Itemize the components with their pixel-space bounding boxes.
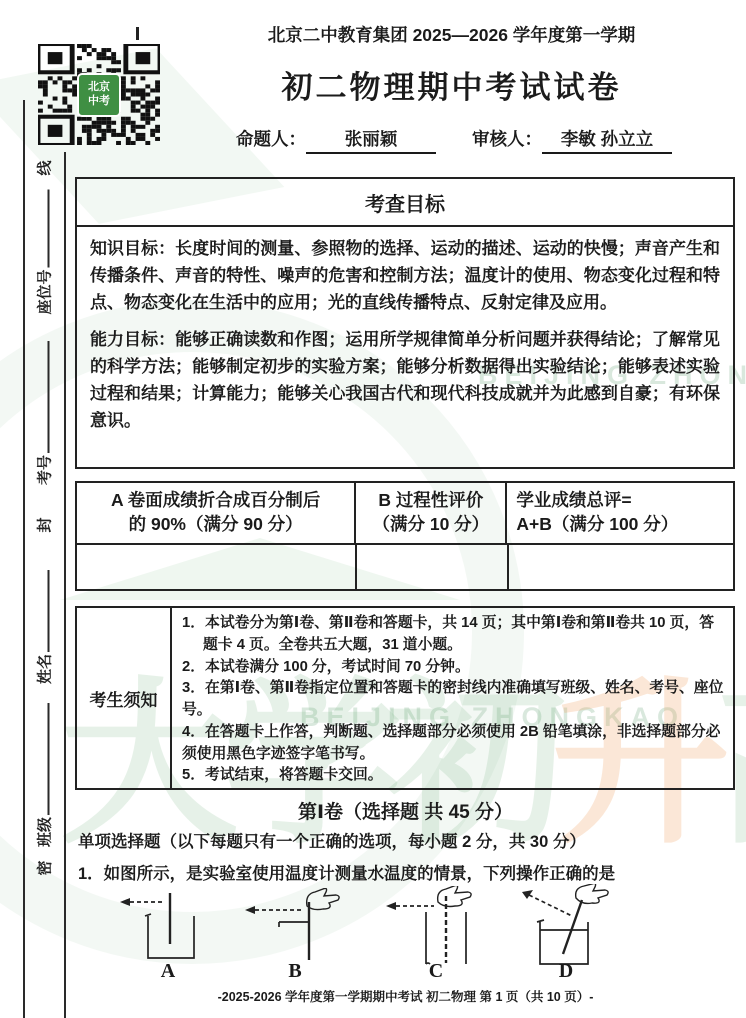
notice-item: 4．在答题卡上作答，判断题、选择题部分必须使用 2B 铅笔填涂，非选择题部分必须… bbox=[182, 722, 725, 766]
seal-label-feng: 封 bbox=[34, 517, 55, 532]
single-choice-instruction: 单项选择题（以下每题只有一个正确的选项，每小题 2 分，共 30 分） bbox=[78, 828, 586, 852]
score-col-total-header: 学业成绩总评=A+B（满分 100 分） bbox=[507, 483, 733, 543]
score-a-blank-cell bbox=[77, 545, 357, 589]
qr-center-badge: 北京 中考 bbox=[77, 73, 121, 117]
candidate-notice-label: 考生须知 bbox=[77, 608, 172, 788]
exam-paper-page: BEIJING ZHONGKAO BEIJING ZHONGKAO 大学初升高 … bbox=[0, 0, 746, 1018]
seal-field-class: 班级 bbox=[34, 703, 55, 847]
setter-reviewer-line: 命题人：张丽颖审核人：李敏 孙立立 bbox=[170, 126, 738, 154]
setter-label: 命题人： bbox=[236, 129, 306, 149]
seal-field-exam-number: 考号 bbox=[34, 341, 55, 485]
school-term-line: 北京二中教育集团 2025—2026 学年度第一学期 bbox=[165, 22, 738, 47]
qr-badge-line2: 中考 bbox=[88, 95, 110, 108]
candidate-notice-items: 1．本试卷分为第Ⅰ卷、第Ⅱ卷和答题卡，共 14 页；其中第Ⅰ卷和第Ⅱ卷共 10 … bbox=[172, 608, 733, 788]
seal-inner-line bbox=[64, 152, 66, 1018]
class-blank bbox=[44, 703, 50, 815]
question-1-text: 1．如图所示，是实验室使用温度计测量水温度的情景，下列操作正确的是 bbox=[78, 860, 615, 884]
score-total-blank-cell bbox=[509, 545, 733, 589]
qr-code: 北京 中考 bbox=[38, 44, 160, 145]
notice-item: 3．在第Ⅰ卷、第Ⅱ卷指定位置和答题卡的密封线内准确填写班级、姓名、考号、座位号。 bbox=[182, 678, 725, 722]
notice-item: 2．本试卷满分 100 分，考试时间 70 分钟。 bbox=[182, 657, 725, 679]
question-type-label: 单项选择题 bbox=[78, 833, 161, 851]
candidate-notice-box: 考生须知 1．本试卷分为第Ⅰ卷、第Ⅱ卷和答题卡，共 14 页；其中第Ⅰ卷和第Ⅱ卷… bbox=[75, 606, 735, 790]
exam-title: 初二物理期中考试试卷 bbox=[165, 62, 738, 107]
score-col-b-header: B 过程性评价（满分 10 分） bbox=[356, 483, 507, 543]
seat-number-blank bbox=[44, 189, 50, 267]
option-d-label: D bbox=[516, 960, 616, 983]
registration-mark bbox=[136, 27, 139, 40]
option-a-label: A bbox=[118, 960, 218, 983]
score-b-blank-cell bbox=[357, 545, 509, 589]
reviewer-names: 李敏 孙立立 bbox=[542, 126, 672, 154]
knowledge-goals-paragraph: 知识目标：长度时间的测量、参照物的选择、运动的描述、运动的快慢；声音产生和传播条… bbox=[90, 235, 720, 317]
option-c-label: C bbox=[386, 960, 486, 983]
seal-label-mi: 密 bbox=[34, 860, 55, 875]
score-col-a-header: A 卷面成绩折合成百分制后的 90%（满分 90 分） bbox=[77, 483, 356, 543]
qr-badge-line1: 北京 bbox=[88, 81, 110, 94]
ability-goals-paragraph: 能力目标：能够正确读数和作图；运用所学规律简单分析问题并获得结论；了解常见的科学… bbox=[90, 326, 720, 435]
section-1-heading: 第Ⅰ卷（选择题 共 45 分） bbox=[75, 797, 736, 824]
option-b-figure bbox=[243, 888, 351, 962]
score-table-blank-row bbox=[77, 545, 733, 589]
option-c-figure bbox=[384, 886, 490, 966]
option-b-label: B bbox=[245, 960, 345, 983]
option-a-figure bbox=[118, 892, 218, 960]
notice-item: 5．考试结束，将答题卡交回。 bbox=[182, 765, 725, 787]
exam-goals-box: 考查目标 知识目标：长度时间的测量、参照物的选择、运动的描述、运动的快慢；声音产… bbox=[75, 177, 735, 469]
score-summary-table: A 卷面成绩折合成百分制后的 90%（满分 90 分） B 过程性评价（满分 1… bbox=[75, 481, 735, 591]
reviewer-label: 审核人： bbox=[472, 129, 542, 149]
page-footer: -2025-2026 学年度第一学期期中考试 初二物理 第 1 页（共 10 页… bbox=[75, 987, 736, 1005]
name-blank bbox=[44, 570, 50, 652]
option-d-figure bbox=[514, 884, 624, 968]
score-table-header-row: A 卷面成绩折合成百分制后的 90%（满分 90 分） B 过程性评价（满分 1… bbox=[77, 483, 733, 545]
question-type-note: （以下每题只有一个正确的选项，每小题 2 分，共 30 分） bbox=[161, 833, 586, 851]
exam-goals-body: 知识目标：长度时间的测量、参照物的选择、运动的描述、运动的快慢；声音产生和传播条… bbox=[77, 227, 733, 434]
seal-border-line bbox=[23, 100, 25, 1018]
setter-name: 张丽颖 bbox=[306, 126, 436, 154]
seal-field-name: 姓名 bbox=[34, 570, 55, 684]
seal-label-line: 线 bbox=[34, 160, 55, 175]
exam-number-blank bbox=[44, 341, 50, 453]
notice-item: 1．本试卷分为第Ⅰ卷、第Ⅱ卷和答题卡，共 14 页；其中第Ⅰ卷和第Ⅱ卷共 10 … bbox=[182, 613, 725, 657]
exam-goals-title: 考查目标 bbox=[77, 179, 733, 227]
seal-field-seat-number: 座位号 bbox=[34, 189, 55, 314]
